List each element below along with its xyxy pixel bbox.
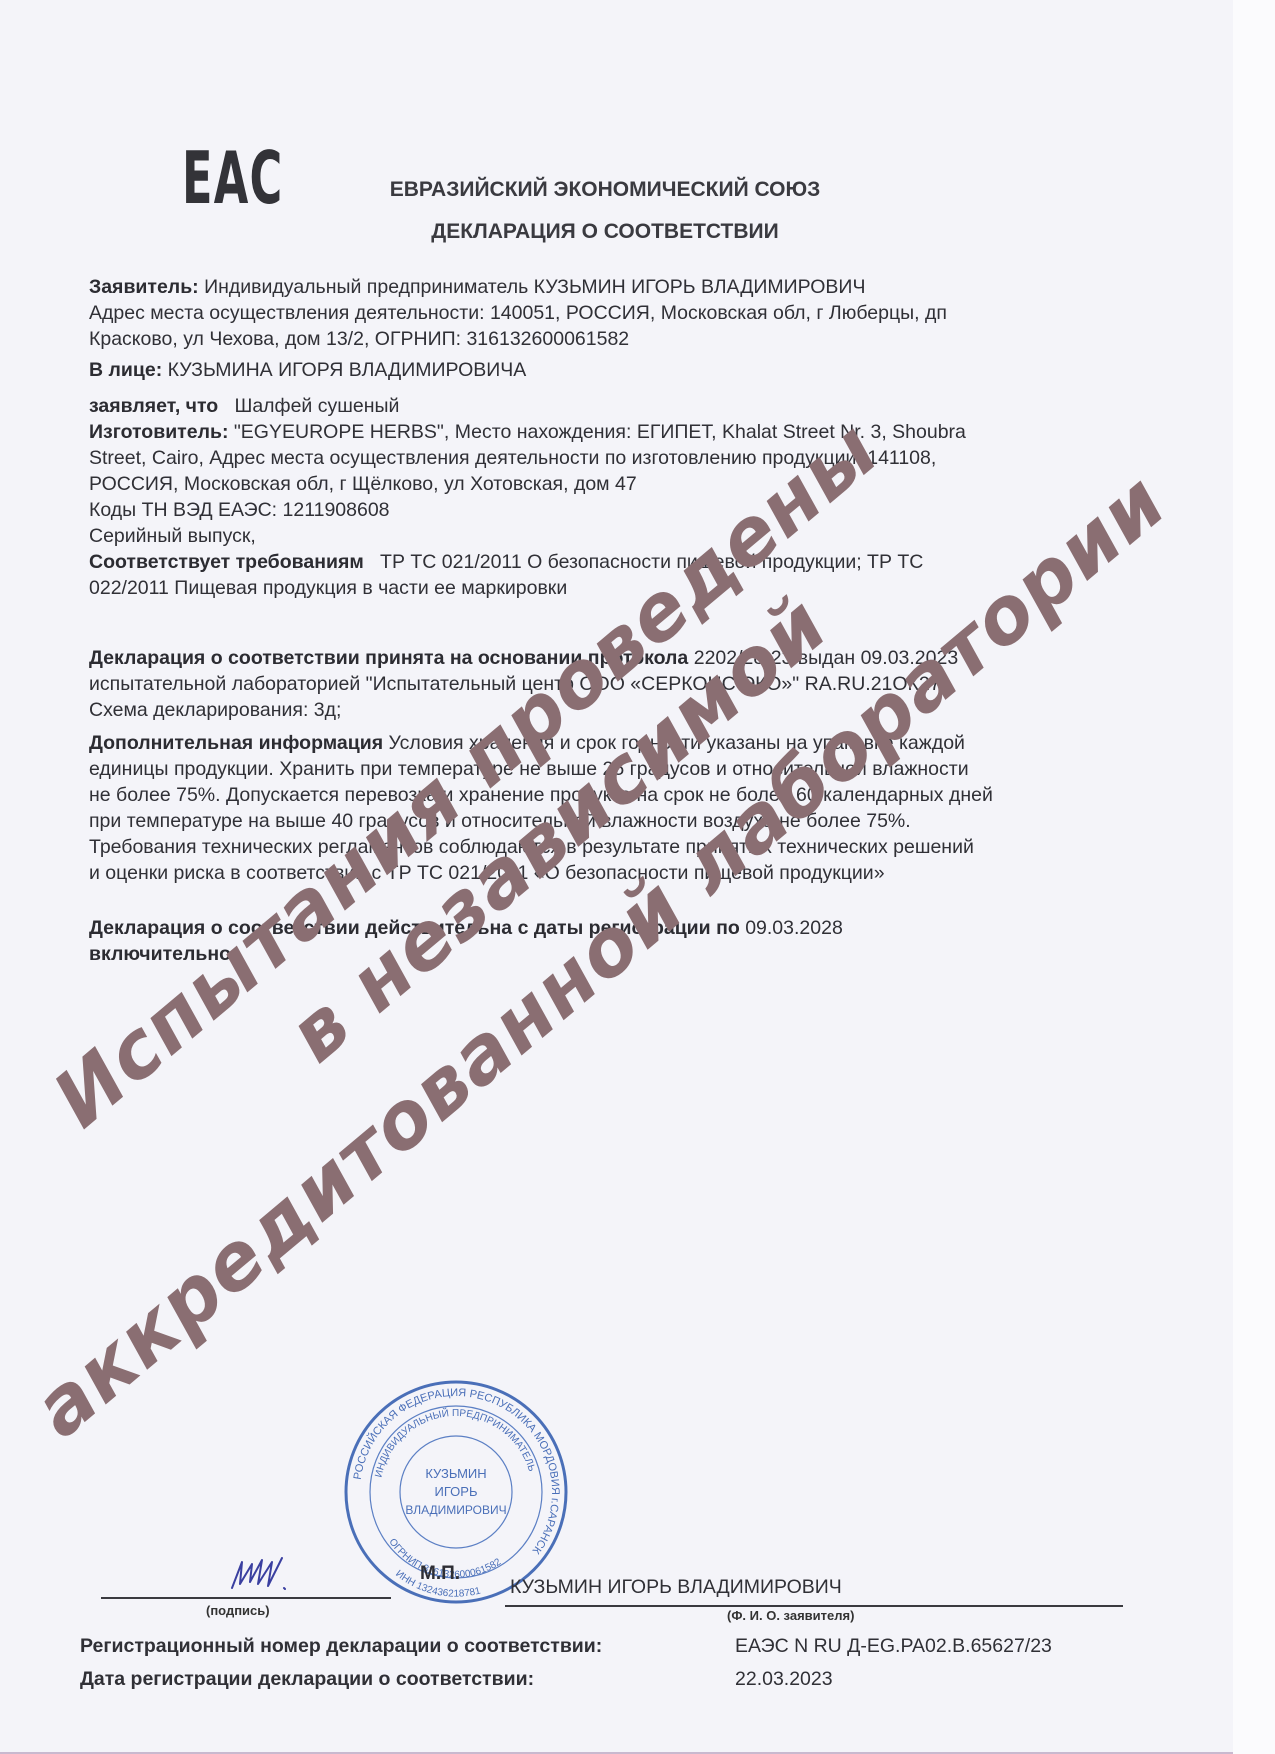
manufacturer-line1: "EGYEUROPE HERBS", Место нахождения: ЕГИ… (234, 421, 966, 443)
validity-label: Декларация о соответствии действительна … (89, 917, 740, 939)
applicant-address-line2: Красково, ул Чехова, дом 13/2, ОГРНИП: 3… (89, 326, 1149, 352)
seal-place-mark: М.П. (420, 1563, 460, 1585)
name-caption: (Ф. И. О. заявителя) (727, 1608, 854, 1623)
validity-date: 09.03.2028 (745, 917, 843, 939)
protocol-value: 2202/28-23 выдан 09.03.2023 (694, 647, 958, 669)
page-margin (1233, 0, 1275, 1754)
person-section: В лице: КУЗЬМИНА ИГОРЯ ВЛАДИМИРОВИЧА (89, 357, 1149, 383)
registration-date-label: Дата регистрации декларации о соответств… (80, 1668, 735, 1691)
additional-line2: единицы продукции. Хранить при температу… (89, 756, 1149, 782)
additional-line1: Условия хранения и срок годности указаны… (389, 732, 965, 754)
requirements-line1: ТР ТС 021/2011 О безопасности пищевой пр… (380, 551, 923, 573)
handwritten-signature (228, 1554, 308, 1594)
requirements-label: Соответствует требованиям (89, 551, 364, 573)
registration-date: 22.03.2023 (735, 1668, 833, 1690)
validity-inclusive: включительно (89, 943, 231, 965)
seal-name-2: ИГОРЬ (435, 1484, 478, 1499)
union-title: ЕВРАЗИЙСКИЙ ЭКОНОМИЧЕСКИЙ СОЮЗ (0, 178, 1200, 202)
registration-number-row: Регистрационный номер декларации о соотв… (80, 1635, 1052, 1658)
registration-number-label: Регистрационный номер декларации о соотв… (80, 1635, 735, 1658)
applicant-label: Заявитель: (89, 276, 199, 298)
additional-line4: при температуре на выше 40 градусов и от… (89, 808, 1149, 834)
applicant-value: Индивидуальный предприниматель КУЗЬМИН И… (204, 276, 865, 298)
protocol-label: Декларация о соответствии принята на осн… (89, 647, 688, 669)
signature-line (101, 1597, 391, 1599)
additional-line3: не более 75%. Допускается перевозка и хр… (89, 782, 1149, 808)
protocol-lab: испытательной лабораторией "Испытательны… (89, 671, 1149, 697)
name-line (505, 1605, 1123, 1607)
release-type: Серийный выпуск, (89, 523, 1149, 549)
seal-name-1: КУЗЬМИН (425, 1466, 486, 1481)
person-value: КУЗЬМИНА ИГОРЯ ВЛАДИМИРОВИЧА (168, 359, 527, 381)
requirements-line2: 022/2011 Пищевая продукция в части ее ма… (89, 575, 1149, 601)
seal-name-3: ВЛАДИМИРОВИЧ (405, 1503, 506, 1517)
signer-name: КУЗЬМИН ИГОРЬ ВЛАДИМИРОВИЧ (510, 1576, 842, 1599)
additional-line5: Требования технических регламентов соблю… (89, 834, 1149, 860)
additional-label: Дополнительная информация (89, 732, 383, 754)
signature-caption: (подпись) (206, 1603, 270, 1618)
person-label: В лице: (89, 359, 162, 381)
registration-date-row: Дата регистрации декларации о соответств… (80, 1668, 833, 1691)
product-section: заявляет, что Шалфей сушеный Изготовител… (89, 393, 1149, 601)
manufacturer-line3: РОССИЯ, Московская обл, г Щёлково, ул Хо… (89, 471, 1149, 497)
manufacturer-label: Изготовитель: (89, 421, 228, 443)
product-name: Шалфей сушеный (234, 395, 399, 417)
registration-number: ЕАЭС N RU Д-EG.PA02.B.65627/23 (735, 1635, 1052, 1657)
additional-line6: и оценки риска в соответствии с ТР ТС 02… (89, 860, 1149, 886)
document-title: ДЕКЛАРАЦИЯ О СООТВЕТСТВИИ (0, 220, 1200, 244)
hs-codes: Коды ТН ВЭД ЕАЭС: 1211908608 (89, 497, 1149, 523)
manufacturer-line2: Street, Cairo, Адрес места осуществления… (89, 445, 1149, 471)
protocol-section: Декларация о соответствии принята на осн… (89, 645, 1149, 723)
declaration-scheme: Схема декларирования: 3д; (89, 697, 1149, 723)
validity-section: Декларация о соответствии действительна … (89, 915, 1149, 967)
additional-info-section: Дополнительная информация Условия хранен… (89, 730, 1149, 886)
applicant-address-line1: Адрес места осуществления деятельности: … (89, 300, 1149, 326)
declares-label: заявляет, что (89, 395, 218, 417)
applicant-section: Заявитель: Индивидуальный предпринимател… (89, 274, 1149, 352)
